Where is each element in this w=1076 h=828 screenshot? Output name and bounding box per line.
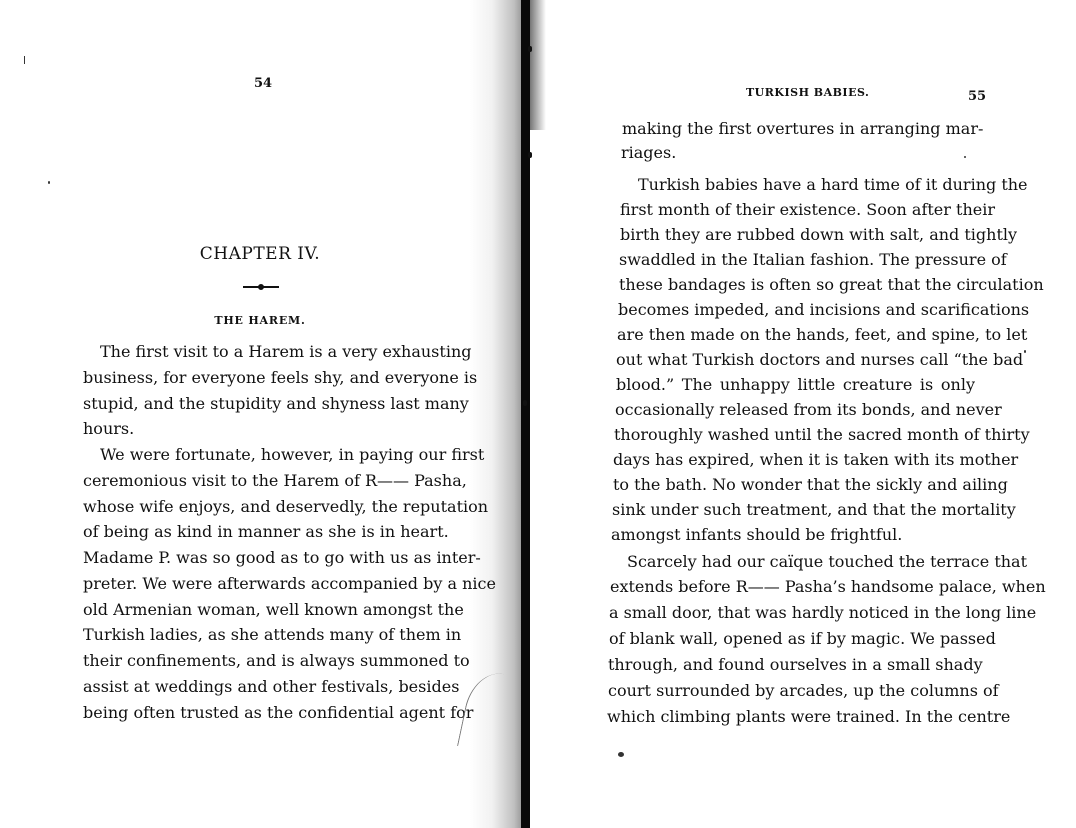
spine-mark	[528, 152, 532, 158]
text-line: occasionally released from its bonds, an…	[615, 400, 974, 420]
right-page-number: 55	[968, 89, 986, 104]
text-line: Turkish babies have a hard time of it du…	[638, 175, 981, 195]
text-line: stupid, and the stupidity and shyness la…	[83, 394, 443, 414]
text-line: to the bath. No wonder that the sickly a…	[613, 475, 971, 495]
text-line: The first visit to a Harem is a very exh…	[100, 342, 443, 362]
text-line: court surrounded by arcades, up the colu…	[608, 681, 966, 701]
text-line: Madame P. was so good as to go with us a…	[83, 548, 443, 568]
ink-speck	[1024, 350, 1026, 353]
text-line: whose wife enjoys, and deservedly, the r…	[83, 497, 443, 517]
text-line: business, for everyone feels shy, and ev…	[83, 368, 443, 388]
text-line: these bandages is often so great that th…	[619, 275, 979, 295]
text-line: assist at weddings and other festivals, …	[83, 677, 443, 697]
text-line: of being as kind in manner as she is in …	[83, 522, 443, 542]
text-line: We were fortunate, however, in paying ou…	[100, 445, 443, 465]
ink-speck	[618, 752, 624, 757]
text-line: becomes impeded, and incisions and scari…	[618, 300, 978, 320]
text-line: blood.” The unhappy little creature is o…	[616, 375, 975, 395]
text-line: Scarcely had our caïque touched the terr…	[627, 552, 969, 572]
text-line: riages.	[621, 143, 993, 163]
text-line: their confinements, and is always summon…	[83, 651, 443, 671]
text-line: hours.	[83, 419, 443, 439]
text-line: ceremonious visit to the Harem of R—— Pa…	[83, 471, 443, 491]
text-line: preter. We were afterwards accompanied b…	[83, 574, 443, 594]
spine-shadow	[530, 0, 546, 130]
text-line: swaddled in the Italian fashion. The pre…	[619, 250, 980, 270]
text-line: days has expired, when it is taken with …	[613, 450, 972, 470]
text-line: are then made on the hands, feet, and sp…	[617, 325, 977, 345]
section-title: THE HAREM.	[0, 314, 520, 327]
text-line: extends before R—— Pasha’s handsome pala…	[610, 577, 969, 597]
running-head: TURKISH BABIES.	[746, 86, 869, 99]
book-spine	[521, 0, 530, 828]
chapter-title: CHAPTER IV.	[0, 244, 520, 264]
ink-speck	[48, 181, 50, 184]
spine-mark	[528, 46, 532, 52]
text-line: through, and found ourselves in a small …	[608, 655, 966, 675]
text-line: making the first overtures in arranging …	[622, 119, 980, 139]
book-spread: 54 CHAPTER IV. THE HAREM. The first visi…	[0, 0, 1076, 828]
text-line: thoroughly washed until the sacred month…	[614, 425, 973, 445]
spine-mark	[523, 400, 527, 406]
text-line: sink under such treatment, and that the …	[612, 500, 970, 520]
ornament-divider-icon	[243, 284, 279, 290]
text-line: out what Turkish doctors and nurses call…	[616, 350, 976, 370]
text-line: Turkish ladies, as she attends many of t…	[83, 625, 443, 645]
text-line: which climbing plants were trained. In t…	[607, 707, 965, 727]
left-page-number: 54	[254, 76, 272, 91]
text-line: amongst infants should be frightful.	[611, 525, 983, 545]
text-line: first month of their existence. Soon aft…	[620, 200, 981, 220]
text-line: of blank wall, opened as if by magic. We…	[609, 629, 967, 649]
ink-speck	[964, 156, 966, 158]
text-line: old Armenian woman, well known amongst t…	[83, 600, 443, 620]
ink-speck	[24, 56, 25, 64]
text-line: a small door, that was hardly noticed in…	[609, 603, 968, 623]
text-line: birth they are rubbed down with salt, an…	[620, 225, 981, 245]
text-line: being often trusted as the confidential …	[83, 703, 443, 723]
